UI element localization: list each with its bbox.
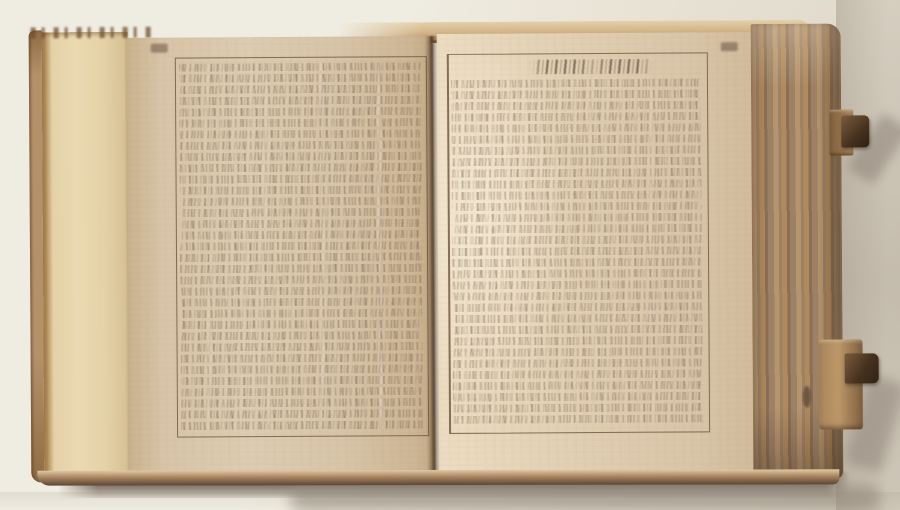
lower-clasp-hook xyxy=(845,353,879,383)
fore-edge-knot xyxy=(803,386,811,408)
book xyxy=(27,17,852,488)
right-page-heading-handwriting xyxy=(529,59,653,75)
left-page xyxy=(127,36,434,478)
photograph-open-manuscript-book xyxy=(0,0,900,510)
left-stack-worn-corner xyxy=(31,27,157,39)
right-page-handwriting xyxy=(451,78,703,424)
upper-clasp-hook xyxy=(841,115,869,147)
left-page-stack-edge xyxy=(42,32,131,483)
left-page-number-mark xyxy=(151,44,168,53)
right-page-number-mark xyxy=(721,42,738,51)
left-page-handwriting xyxy=(179,62,423,431)
book-cast-shadow-soft xyxy=(290,485,880,510)
bottom-page-edge xyxy=(37,469,839,485)
right-page xyxy=(437,32,758,478)
